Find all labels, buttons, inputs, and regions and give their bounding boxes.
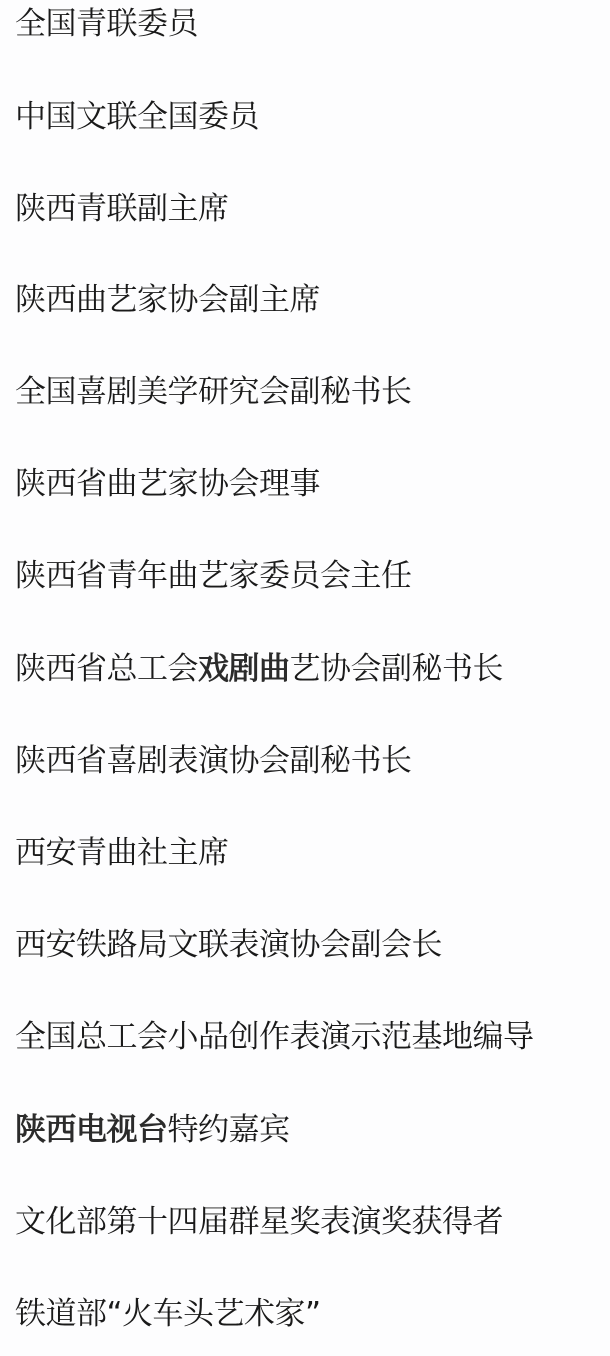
item-text-emphasis: 陕西电视台 <box>15 1112 168 1148</box>
item-text: 陕西省曲艺家协会理事 <box>15 466 320 502</box>
item-text: 铁道部“火车头艺术家” <box>15 1296 321 1332</box>
item-text-emphasis: 戏剧曲 <box>198 651 290 687</box>
list-item: 西安青曲社主席 <box>15 831 229 875</box>
item-text-pre: 陕西省总工会 <box>15 651 198 687</box>
list-item: 陕西省总工会戏剧曲艺协会副秘书长 <box>15 647 503 691</box>
list-item: 全国青联委员 <box>15 2 198 46</box>
item-text: 陕西省喜剧表演协会副秘书长 <box>15 743 412 779</box>
item-text-post: 艺协会副秘书长 <box>290 651 504 687</box>
list-item: 文化部第十四届群星奖表演奖获得者 <box>15 1200 503 1244</box>
item-text: 陕西省青年曲艺家委员会主任 <box>15 558 412 594</box>
list-item: 全国总工会小品创作表演示范基地编导 <box>15 1015 534 1059</box>
item-text: 全国喜剧美学研究会副秘书长 <box>15 374 412 410</box>
item-text: 文化部第十四届群星奖表演奖获得者 <box>15 1204 503 1240</box>
item-text: 全国总工会小品创作表演示范基地编导 <box>15 1019 534 1055</box>
list-item: 陕西省青年曲艺家委员会主任 <box>15 554 412 598</box>
list-item: 陕西青联副主席 <box>15 187 229 231</box>
item-text: 中国文联全国委员 <box>15 99 259 135</box>
list-item: 陕西省曲艺家协会理事 <box>15 462 320 506</box>
item-text: 西安青曲社主席 <box>15 835 229 871</box>
item-text: 陕西曲艺家协会副主席 <box>15 282 320 318</box>
list-item: 陕西电视台特约嘉宾 <box>15 1108 290 1152</box>
item-text-post: 特约嘉宾 <box>168 1112 290 1148</box>
list-item: 西安铁路局文联表演协会副会长 <box>15 923 442 967</box>
list-item: 中国文联全国委员 <box>15 95 259 139</box>
item-text: 陕西青联副主席 <box>15 191 229 227</box>
list-item: 陕西曲艺家协会副主席 <box>15 278 320 322</box>
list-item: 铁道部“火车头艺术家” <box>15 1292 321 1336</box>
list-item: 全国喜剧美学研究会副秘书长 <box>15 370 412 414</box>
item-text: 全国青联委员 <box>15 6 198 42</box>
item-text: 西安铁路局文联表演协会副会长 <box>15 927 442 963</box>
list-item: 陕西省喜剧表演协会副秘书长 <box>15 739 412 783</box>
